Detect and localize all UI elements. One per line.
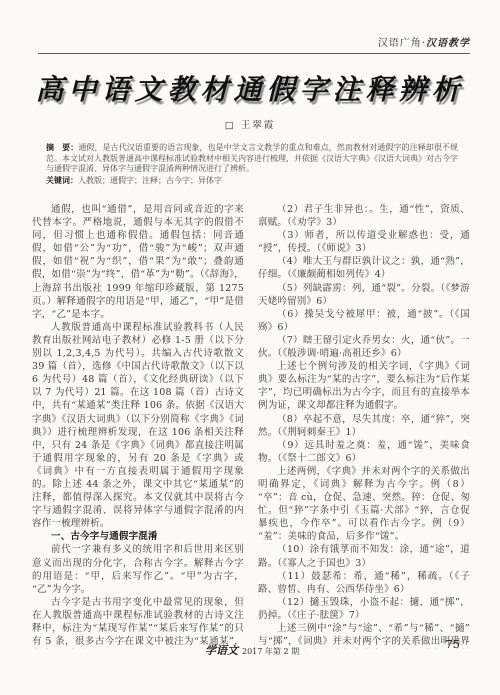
- body-paragraph: 上述两例，《字典》并未对两个字的关系做出明确界定，《词典》解释为古今字。例（8）…: [258, 465, 470, 544]
- footer-journal-issue: 学语文2017 年第 2 期: [205, 642, 299, 658]
- body-paragraph: （11）鼓瑟希：希，通“稀”，稀疏。（《子路、曾皙、冉有、公西华侍坐》6）: [258, 570, 470, 596]
- page-number: 75: [445, 637, 460, 651]
- journal-page: 汉语广角·汉语教学 高中语文教材通假字注释辨析 □ 王翠霞 摘 要：通假，是古代…: [0, 0, 500, 695]
- article-title: 高中语文教材通假字注释辨析: [0, 68, 500, 108]
- body-columns: 通假，也叫“通借”，是用音同或音近的字来代替本字。严格地说，通假与本无其字的假借…: [32, 203, 470, 649]
- section-heading: 一、古今字与通假字混淆: [32, 530, 244, 543]
- body-paragraph: 人教版普通高中课程标准试验教科书（人民教育出版社网站电子教材）必修 1-5 册（…: [32, 321, 244, 531]
- left-column: 通假，也叫“通借”，是用音同或音近的字来代替本字。严格地说，通假与本无其字的假借…: [32, 203, 244, 649]
- body-paragraph: （10）涂有饿莩而不知发：涂，通“途”，道路。（《寡人之于国也》3）: [258, 543, 470, 569]
- issue-label: 2017 年第 2 期: [242, 647, 299, 656]
- author-line: □ 王翠霞: [0, 117, 500, 131]
- body-paragraph: （4）唯大王与群臣孰计议之：孰，通“熟”，仔细。（《廉颇蔺相如列传》4）: [258, 255, 470, 281]
- body-paragraph: （7）瞎王留引定火乔男女：火，通“伙”。一伙。（《般涉调·哨遍·高祖还乡》6）: [258, 334, 470, 360]
- keywords-label: 关键词：: [46, 175, 78, 185]
- body-paragraph: （2）君子生非异也：。生，通“性”，资质、禀赋。（《劝学》3）: [258, 203, 470, 229]
- column-header-script: 汉语教学: [426, 38, 470, 49]
- header-divider: [38, 53, 470, 54]
- body-paragraph: 上述七个例句涉及的相关字词，《字典》《词典》要么标注为“某的古字”，要么标注为“…: [258, 360, 470, 412]
- body-paragraph: （9）远具时羞之奠：羞，通“馐”，美味食物。（《祭十二郎文》6）: [258, 439, 470, 465]
- author-box-icon: □: [225, 120, 236, 131]
- body-paragraph: 前代一字兼有多义的统用字和后世用来区别意义而出现的分化字，合称古今字。解释古今字…: [32, 543, 244, 595]
- body-paragraph: （5）列缺霹雳：列，通“裂”。分裂。（《梦游天姥吟留别》6）: [258, 282, 470, 308]
- keywords-line: 关键词：人教版；通假字；注释；古今字；异体字: [46, 175, 458, 187]
- body-paragraph: （8）卒起不意，尽失其度：卒，通“猝”，突然。（《荆轲刺秦王》1）: [258, 413, 470, 439]
- abstract-block: 摘 要：通假，是古代汉语重要的语言现象，也是中学文言文教学的重点和难点，然而教材…: [46, 142, 458, 186]
- keywords-text: 人教版；通假字；注释；古今字；异体字: [78, 176, 222, 185]
- body-paragraph: （12）擿玉毁珠，小盗不起：擿，通“掷”，扔掉。（《庄子·胠箧》7）: [258, 596, 470, 622]
- author-name: 王翠霞: [241, 120, 276, 131]
- column-header: 汉语广角·汉语教学: [0, 0, 500, 49]
- page-footer: 学语文2017 年第 2 期 75: [0, 637, 500, 661]
- body-paragraph: （6）操吴戈兮被犀甲：被，通“披”。（《国殇》6）: [258, 308, 470, 334]
- body-paragraph: （3）师者，所以传道受业解惑也：受，通“授”，传授。（《师说》3）: [258, 229, 470, 255]
- body-paragraph: 通假，也叫“通借”，是用音同或音近的字来代替本字。严格地说，通假与本无其字的假借…: [32, 203, 244, 321]
- journal-name: 学语文: [205, 644, 238, 657]
- right-column: （2）君子生非异也：。生，通“性”，资质、禀赋。（《劝学》3）（3）师者，所以传…: [258, 203, 470, 649]
- abstract-label: 摘 要：: [46, 142, 78, 152]
- column-header-regular: 汉语广角: [378, 38, 422, 49]
- abstract-paragraph: 摘 要：通假，是古代汉语重要的语言现象，也是中学文言文教学的重点和难点，然而教材…: [46, 142, 458, 175]
- abstract-text: 通假，是古代汉语重要的语言现象，也是中学文言文教学的重点和难点，然而教材对通假字…: [46, 143, 458, 173]
